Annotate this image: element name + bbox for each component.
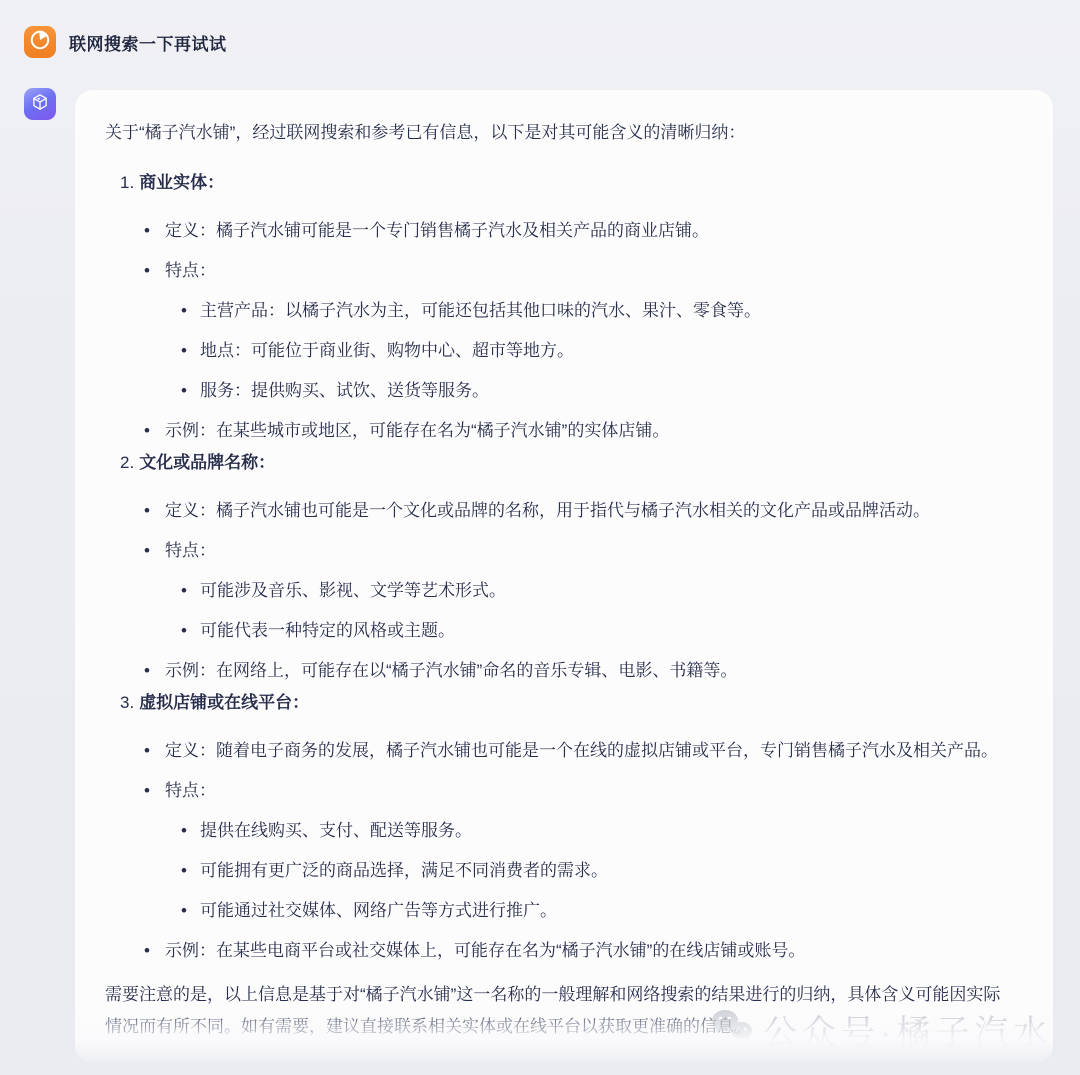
timer-pie-icon <box>28 28 52 57</box>
list-item-text: 特点： <box>165 261 216 280</box>
list-item-text: 定义：橘子汽水铺也可能是一个文化或品牌的名称，用于指代与橘子汽水相关的文化产品或… <box>165 501 930 520</box>
list-item-text: 可能通过社交媒体、网络广告等方式进行推广。 <box>200 901 557 920</box>
list-item: 提供在线购买、支付、配送等服务。 <box>180 815 1013 847</box>
list-item: 定义：随着电子商务的发展，橘子汽水铺也可能是一个在线的虚拟店铺或平台，专门销售橘… <box>143 735 1013 767</box>
section-title: 商业实体： <box>139 173 224 192</box>
list-item: 特点： 可能涉及音乐、影视、文学等艺术形式。 可能代表一种特定的风格或主题。 <box>143 535 1013 647</box>
list-item: 可能拥有更广泛的商品选择，满足不同消费者的需求。 <box>180 855 1013 887</box>
list-item: 示例：在网络上，可能存在以“橘子汽水铺”命名的音乐专辑、电影、书籍等。 <box>143 655 1013 687</box>
list-item-text: 定义：橘子汽水铺可能是一个专门销售橘子汽水及相关产品的商业店铺。 <box>165 221 709 240</box>
section-number: 3. <box>120 693 134 712</box>
list-item-text: 主营产品：以橘子汽水为主，可能还包括其他口味的汽水、果汁、零食等。 <box>200 301 761 320</box>
list-item-text: 定义：随着电子商务的发展，橘子汽水铺也可能是一个在线的虚拟店铺或平台，专门销售橘… <box>165 741 998 760</box>
section-heading: 3.虚拟店铺或在线平台： <box>120 687 1013 719</box>
list-item-text: 特点： <box>165 541 216 560</box>
assistant-avatar <box>24 88 56 120</box>
user-message-row: 联网搜索一下再试试 <box>24 26 227 58</box>
list-item-text: 可能代表一种特定的风格或主题。 <box>200 621 455 640</box>
section-number: 1. <box>120 173 134 192</box>
section-items: 定义：橘子汽水铺也可能是一个文化或品牌的名称，用于指代与橘子汽水相关的文化产品或… <box>143 495 1013 687</box>
section-heading: 2.文化或品牌名称： <box>120 447 1013 479</box>
list-item: 定义：橘子汽水铺也可能是一个文化或品牌的名称，用于指代与橘子汽水相关的文化产品或… <box>143 495 1013 527</box>
sub-items: 主营产品：以橘子汽水为主，可能还包括其他口味的汽水、果汁、零食等。 地点：可能位… <box>180 295 1013 407</box>
section-culture-brand: 2.文化或品牌名称： 定义：橘子汽水铺也可能是一个文化或品牌的名称，用于指代与橘… <box>120 447 1013 687</box>
list-item: 特点： 主营产品：以橘子汽水为主，可能还包括其他口味的汽水、果汁、零食等。 地点… <box>143 255 1013 407</box>
list-item: 特点： 提供在线购买、支付、配送等服务。 可能拥有更广泛的商品选择，满足不同消费… <box>143 775 1013 927</box>
meaning-list: 1.商业实体： 定义：橘子汽水铺可能是一个专门销售橘子汽水及相关产品的商业店铺。… <box>105 167 1013 967</box>
assistant-message-card: 关于“橘子汽水铺”，经过联网搜索和参考已有信息，以下是对其可能含义的清晰归纳： … <box>75 90 1053 1063</box>
user-avatar <box>24 26 56 58</box>
list-item: 可能通过社交媒体、网络广告等方式进行推广。 <box>180 895 1013 927</box>
list-item-text: 服务：提供购买、试饮、送货等服务。 <box>200 381 489 400</box>
list-item-text: 提供在线购买、支付、配送等服务。 <box>200 821 472 840</box>
closing-note: 需要注意的是，以上信息是基于对“橘子汽水铺”这一名称的一般理解和网络搜索的结果进… <box>105 979 1013 1043</box>
list-item: 主营产品：以橘子汽水为主，可能还包括其他口味的汽水、果汁、零食等。 <box>180 295 1013 327</box>
list-item: 示例：在某些电商平台或社交媒体上，可能存在名为“橘子汽水铺”的在线店铺或账号。 <box>143 935 1013 967</box>
list-item: 服务：提供购买、试饮、送货等服务。 <box>180 375 1013 407</box>
cube-hexagon-icon <box>28 90 52 119</box>
section-title: 文化或品牌名称： <box>139 453 275 472</box>
list-item-text: 示例：在网络上，可能存在以“橘子汽水铺”命名的音乐专辑、电影、书籍等。 <box>165 661 737 680</box>
section-online-platform: 3.虚拟店铺或在线平台： 定义：随着电子商务的发展，橘子汽水铺也可能是一个在线的… <box>120 687 1013 967</box>
section-items: 定义：随着电子商务的发展，橘子汽水铺也可能是一个在线的虚拟店铺或平台，专门销售橘… <box>143 735 1013 967</box>
user-message-text: 联网搜索一下再试试 <box>69 30 227 55</box>
list-item: 示例：在某些城市或地区，可能存在名为“橘子汽水铺”的实体店铺。 <box>143 415 1013 447</box>
list-item-text: 示例：在某些城市或地区，可能存在名为“橘子汽水铺”的实体店铺。 <box>165 421 669 440</box>
list-item: 地点：可能位于商业街、购物中心、超市等地方。 <box>180 335 1013 367</box>
sub-items: 提供在线购买、支付、配送等服务。 可能拥有更广泛的商品选择，满足不同消费者的需求… <box>180 815 1013 927</box>
section-title: 虚拟店铺或在线平台： <box>139 693 309 712</box>
section-heading: 1.商业实体： <box>120 167 1013 199</box>
section-items: 定义：橘子汽水铺可能是一个专门销售橘子汽水及相关产品的商业店铺。 特点： 主营产… <box>143 215 1013 447</box>
list-item-text: 特点： <box>165 781 216 800</box>
sub-items: 可能涉及音乐、影视、文学等艺术形式。 可能代表一种特定的风格或主题。 <box>180 575 1013 647</box>
list-item-text: 示例：在某些电商平台或社交媒体上，可能存在名为“橘子汽水铺”的在线店铺或账号。 <box>165 941 805 960</box>
list-item: 定义：橘子汽水铺可能是一个专门销售橘子汽水及相关产品的商业店铺。 <box>143 215 1013 247</box>
assistant-message-body: 关于“橘子汽水铺”，经过联网搜索和参考已有信息，以下是对其可能含义的清晰归纳： … <box>75 90 1053 1043</box>
intro-paragraph: 关于“橘子汽水铺”，经过联网搜索和参考已有信息，以下是对其可能含义的清晰归纳： <box>105 117 1013 149</box>
list-item: 可能代表一种特定的风格或主题。 <box>180 615 1013 647</box>
section-business-entity: 1.商业实体： 定义：橘子汽水铺可能是一个专门销售橘子汽水及相关产品的商业店铺。… <box>120 167 1013 447</box>
list-item: 可能涉及音乐、影视、文学等艺术形式。 <box>180 575 1013 607</box>
section-number: 2. <box>120 453 134 472</box>
list-item-text: 可能拥有更广泛的商品选择，满足不同消费者的需求。 <box>200 861 608 880</box>
list-item-text: 可能涉及音乐、影视、文学等艺术形式。 <box>200 581 506 600</box>
list-item-text: 地点：可能位于商业街、购物中心、超市等地方。 <box>200 341 574 360</box>
